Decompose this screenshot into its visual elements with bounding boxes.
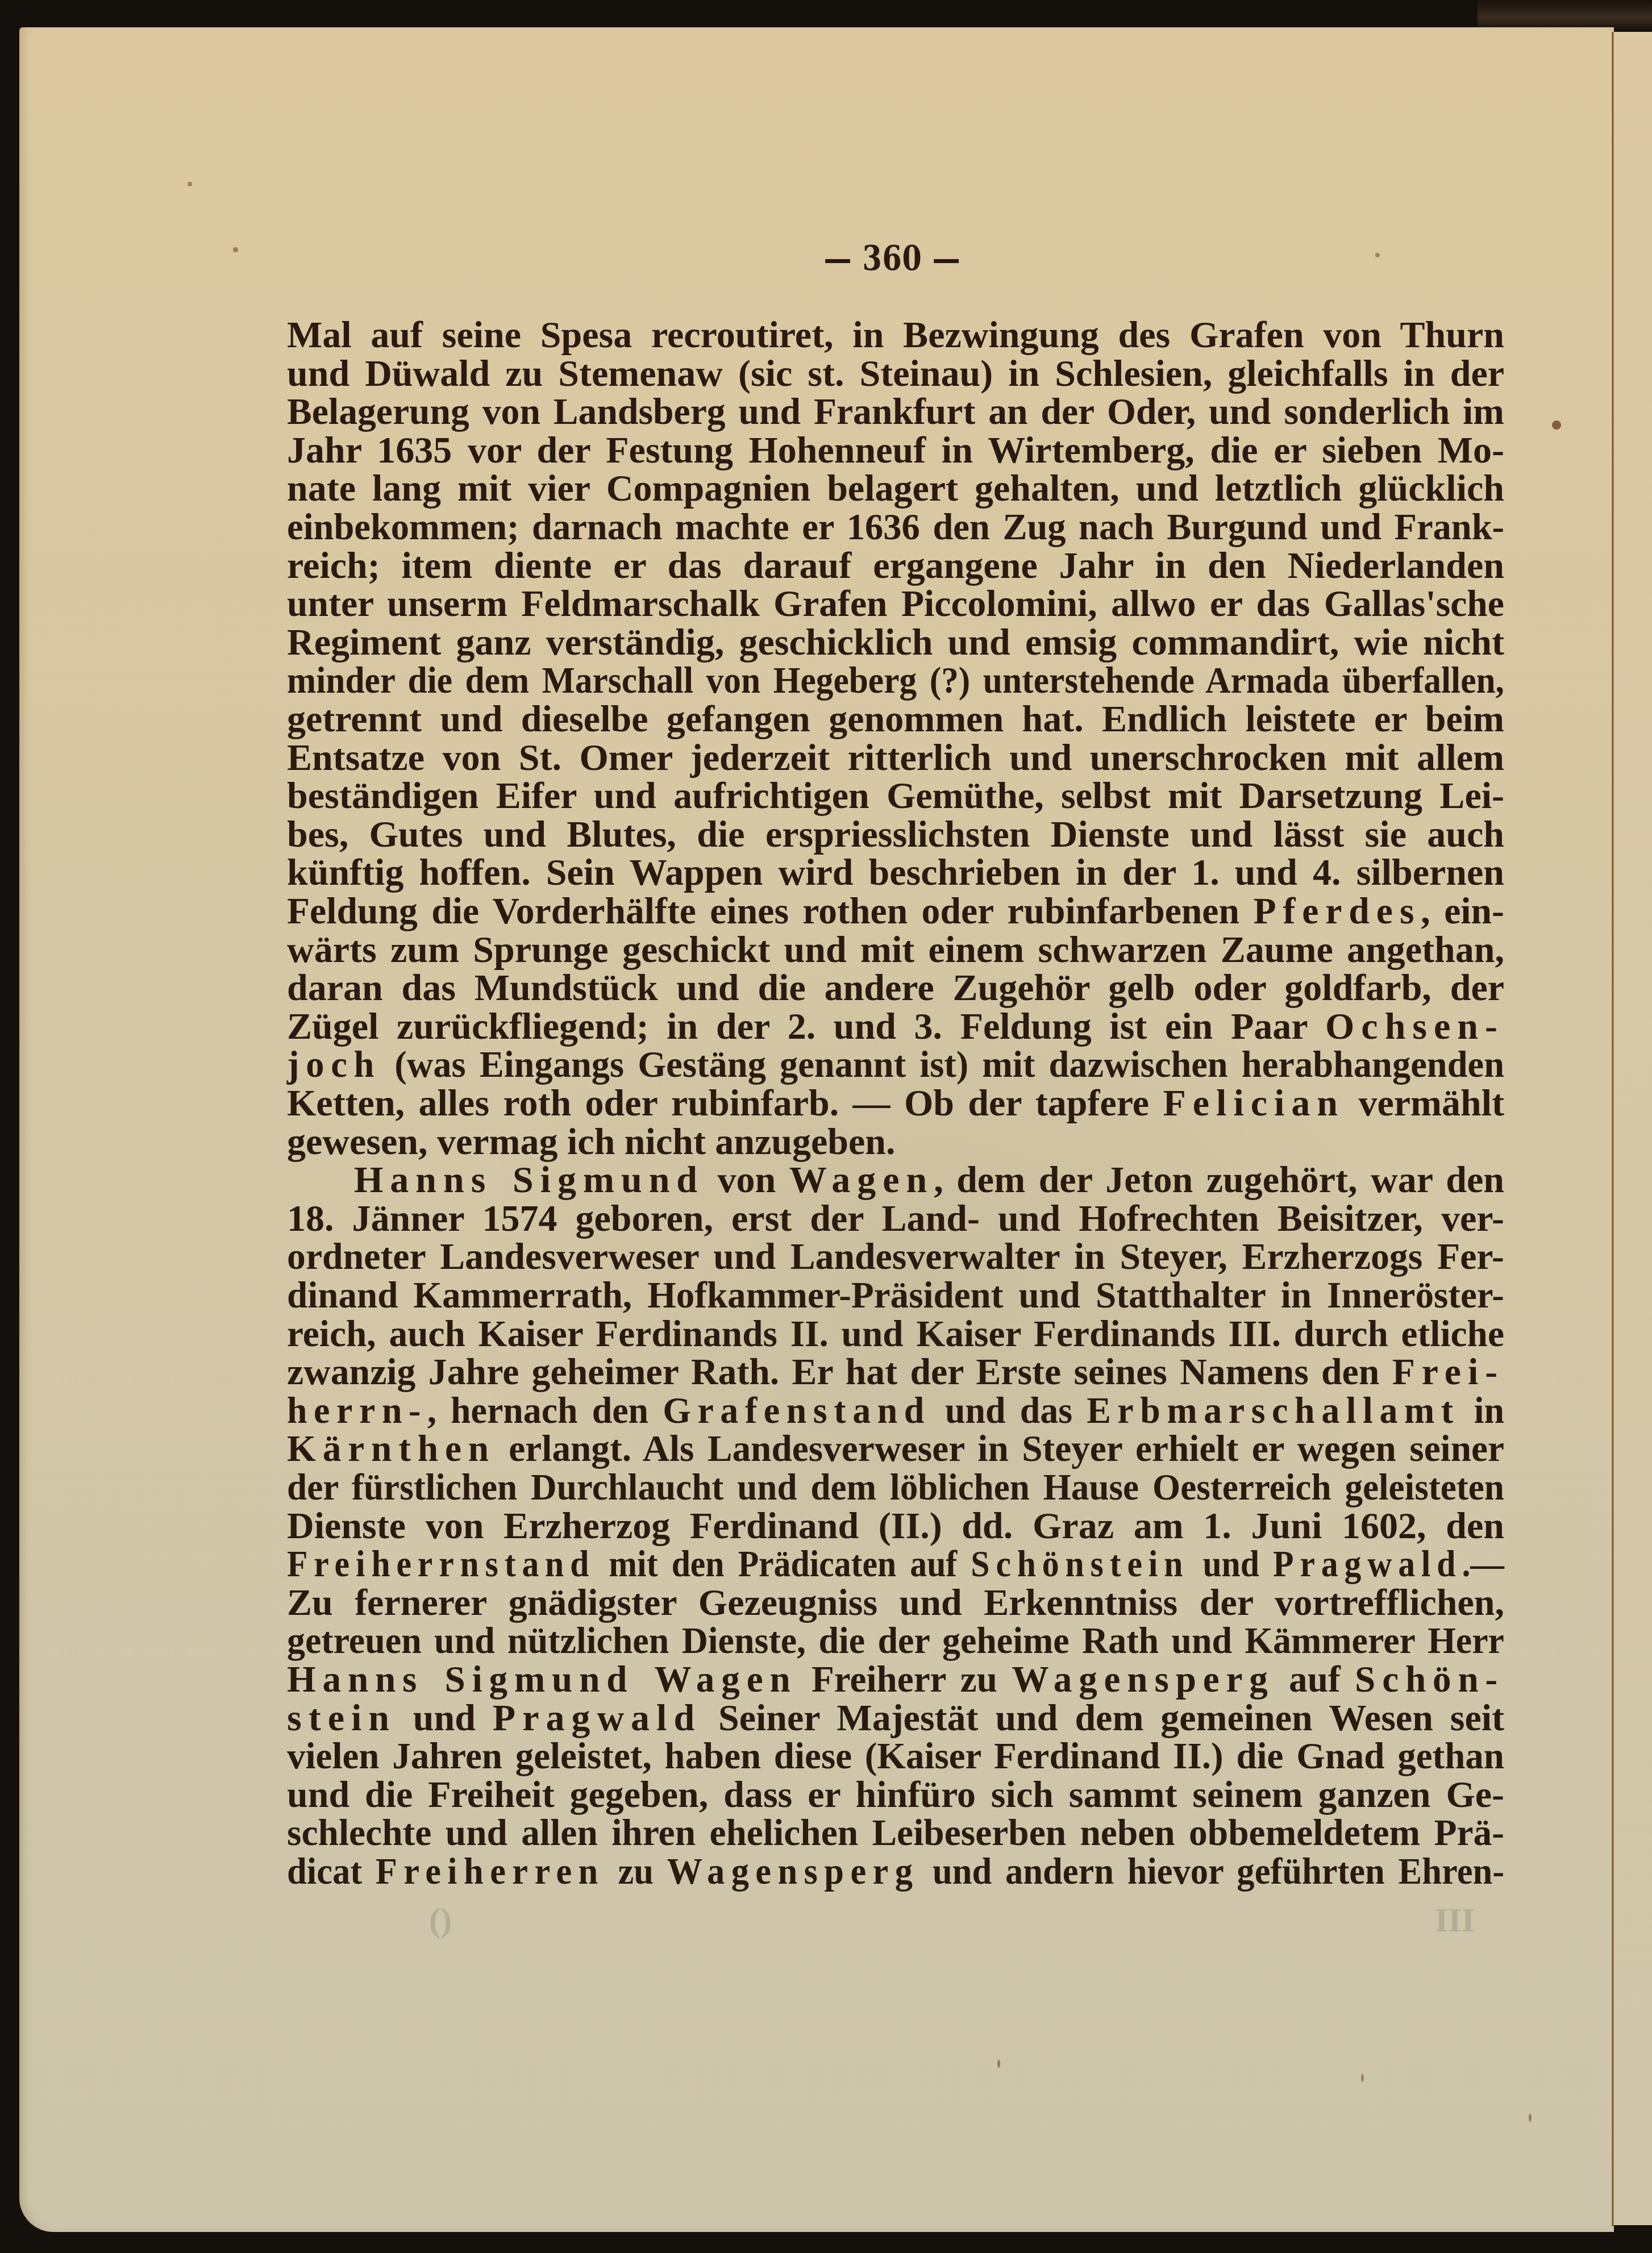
emphasized-text: Wagen xyxy=(789,1159,934,1201)
emphasized-text: Pragwald xyxy=(1273,1543,1462,1585)
text-segment: , dem der Jeton zugehört, war den xyxy=(934,1159,1504,1201)
page-edge-line xyxy=(1612,32,1614,2226)
text-segment: reich, auch Kaiser Ferdinands II. und Ka… xyxy=(287,1313,1504,1355)
text-line: einbekommen; darnach machte er 1636 den … xyxy=(287,508,1504,547)
text-segment: schlechte und allen ihren ehelichen Leib… xyxy=(287,1812,1504,1854)
text-line-content: getrennt und dieselbe gefangen genommen … xyxy=(287,700,1504,739)
text-line-content: Zügel zurückfliegend; in der 2. und 3. F… xyxy=(287,1007,1504,1046)
emphasized-text: Wagensperg xyxy=(1012,1659,1274,1700)
text-segment: vermählt xyxy=(1345,1082,1504,1124)
text-line-content: herrn-, hernach den Grafenstand und das … xyxy=(287,1392,1504,1430)
text-line: zwanzig Jahre geheimer Rath. Er hat der … xyxy=(287,1353,1504,1392)
adjacent-page-edge xyxy=(1614,32,1652,2225)
text-line: herrn-, hernach den Grafenstand und das … xyxy=(287,1392,1504,1430)
text-segment: gewesen, vermag ich nicht anzugeben. xyxy=(287,1121,896,1163)
text-segment: Zu fernerer gnädigster Gezeugniss und Er… xyxy=(287,1582,1504,1623)
text-segment: einbekommen; darnach machte er 1636 den … xyxy=(287,506,1504,548)
text-segment: .— xyxy=(1462,1543,1504,1585)
emphasized-text: stein xyxy=(287,1697,396,1739)
emphasized-text: Kärnthen xyxy=(287,1428,496,1469)
text-segment: von xyxy=(704,1159,789,1201)
text-segment: unter unserm Feldmarschalk Grafen Piccol… xyxy=(287,583,1504,624)
ink-spot xyxy=(1375,253,1380,257)
text-line-content: daran das Mundstück und die andere Zugeh… xyxy=(287,969,1504,1007)
emphasized-text: Ochsen- xyxy=(1325,1006,1504,1047)
text-line-content: getreuen und nützlichen Dienste, die der… xyxy=(287,1622,1504,1660)
emphasized-text: Felician xyxy=(1163,1082,1345,1124)
text-line: dinand Kammerrath, Hofkammer-Präsident u… xyxy=(287,1276,1504,1315)
text-segment: und xyxy=(1189,1543,1273,1585)
text-segment: Dienste von Erzherzog Ferdinand (II.) dd… xyxy=(287,1505,1504,1547)
text-segment: Entsatze von St. Omer jederzeit ritterli… xyxy=(287,737,1504,778)
text-line: Feldung die Vorderhälfte eines rothen od… xyxy=(287,892,1504,931)
text-line-content: unter unserm Feldmarschalk Grafen Piccol… xyxy=(287,585,1504,623)
text-segment: Mal auf seine Spesa recroutiret, in Bezw… xyxy=(287,314,1504,356)
text-segment: getrennt und dieselbe gefangen genommen … xyxy=(287,698,1504,740)
ink-spot xyxy=(1361,2074,1364,2082)
text-line-content: Zu fernerer gnädigster Gezeugniss und Er… xyxy=(287,1584,1504,1622)
text-segment: der fürstlichen Durchlaucht und dem löbl… xyxy=(287,1467,1504,1508)
text-line-content: dinand Kammerrath, Hofkammer-Präsident u… xyxy=(287,1276,1504,1315)
emphasized-text: Pferdes xyxy=(1253,890,1421,932)
text-line: minder die dem Marschall von Hegeberg (?… xyxy=(287,661,1504,700)
text-line: daran das Mundstück und die andere Zugeh… xyxy=(287,969,1504,1007)
text-segment: 18. Jänner 1574 geboren, erst der Land- … xyxy=(287,1198,1504,1239)
text-segment: auf xyxy=(1275,1659,1355,1700)
text-segment: beständigen Eifer und aufrichtigen Gemüt… xyxy=(287,775,1504,817)
text-line: nate lang mit vier Compagnien belagert g… xyxy=(287,469,1504,508)
text-segment: mit den Prädicaten auf xyxy=(595,1543,971,1585)
text-line: joch (was Eingangs Gestäng genannt ist) … xyxy=(287,1046,1504,1084)
text-line-content: reich, auch Kaiser Ferdinands II. und Ka… xyxy=(287,1315,1504,1354)
text-segment: und xyxy=(396,1697,493,1739)
ink-spot xyxy=(1552,420,1561,430)
text-line: bes, Gutes und Blutes, die erspriesslich… xyxy=(287,815,1504,854)
emphasized-text: Grafenstand xyxy=(663,1390,931,1431)
text-line-content: Hanns Sigmund von Wagen, dem der Jeton z… xyxy=(287,1161,1504,1200)
text-segment: reich; item diente er das darauf ergange… xyxy=(287,545,1504,586)
text-line-content: künftig hoffen. Sein Wappen wird beschri… xyxy=(287,853,1504,892)
text-segment: in xyxy=(1460,1390,1504,1431)
text-segment: Regiment ganz verständig, geschicklich u… xyxy=(287,622,1504,663)
emphasized-text: joch xyxy=(287,1044,381,1085)
text-line-content: und Düwald zu Stemenaw (sic st. Steinau)… xyxy=(287,355,1504,393)
text-segment: und andern hievor geführten Ehren- xyxy=(919,1851,1504,1892)
text-segment: zu xyxy=(605,1851,667,1892)
emphasized-text: Freiherren xyxy=(376,1851,605,1892)
text-segment: getreuen und nützlichen Dienste, die der… xyxy=(287,1620,1504,1661)
text-line: getrennt und dieselbe gefangen genommen … xyxy=(287,700,1504,739)
text-line: reich; item diente er das darauf ergange… xyxy=(287,547,1504,585)
text-line: Entsatze von St. Omer jederzeit ritterli… xyxy=(287,739,1504,777)
text-line: der fürstlichen Durchlaucht und dem löbl… xyxy=(287,1468,1504,1507)
emphasized-text: Schön- xyxy=(1355,1659,1504,1700)
text-segment: Freiherr zu xyxy=(797,1659,1012,1700)
text-line-content: Jahr 1635 vor der Festung Hohenneuf in W… xyxy=(287,431,1504,470)
text-line-content: Hanns Sigmund Wagen Freiherr zu Wagenspe… xyxy=(287,1660,1504,1699)
text-line: stein und Pragwald Seiner Majestät und d… xyxy=(287,1699,1504,1738)
emphasized-text: Frei- xyxy=(1392,1351,1504,1393)
ink-spot xyxy=(1529,2114,1532,2122)
text-line-content: dicat Freiherren zu Wagensperg und ander… xyxy=(287,1852,1504,1891)
text-line: Ketten, alles roth oder rubinfarb. — Ob … xyxy=(287,1084,1504,1123)
text-line: unter unserm Feldmarschalk Grafen Piccol… xyxy=(287,585,1504,623)
text-line-content: Feldung die Vorderhälfte eines rothen od… xyxy=(287,892,1504,931)
page-number: — 360 — xyxy=(780,239,1004,278)
text-segment: und das xyxy=(931,1390,1087,1431)
text-line: künftig hoffen. Sein Wappen wird beschri… xyxy=(287,853,1504,892)
text-line: reich, auch Kaiser Ferdinands II. und Ka… xyxy=(287,1315,1504,1354)
text-line-content: Belagerung von Landsberg und Frankfurt a… xyxy=(287,393,1504,431)
text-line: vielen Jahren geleistet, haben diese (Ka… xyxy=(287,1737,1504,1776)
text-line-content: bes, Gutes und Blutes, die erspriesslich… xyxy=(287,815,1504,854)
emphasized-text: Freiherrnstand xyxy=(287,1543,595,1585)
text-line-content: joch (was Eingangs Gestäng genannt ist) … xyxy=(287,1046,1504,1084)
text-line-content: minder die dem Marschall von Hegeberg (?… xyxy=(287,661,1504,700)
text-line: dicat Freiherren zu Wagensperg und ander… xyxy=(287,1852,1504,1891)
text-line-content: Dienste von Erzherzog Ferdinand (II.) dd… xyxy=(287,1507,1504,1546)
text-line: beständigen Eifer und aufrichtigen Gemüt… xyxy=(287,777,1504,815)
text-line: Hanns Sigmund von Wagen, dem der Jeton z… xyxy=(287,1161,1504,1200)
text-segment: vielen Jahren geleistet, haben diese (Ka… xyxy=(287,1735,1504,1777)
text-line: Mal auf seine Spesa recroutiret, in Bezw… xyxy=(287,316,1504,355)
text-line: und Düwald zu Stemenaw (sic st. Steinau)… xyxy=(287,355,1504,393)
text-line: Zügel zurückfliegend; in der 2. und 3. F… xyxy=(287,1007,1504,1046)
text-line: Freiherrnstand mit den Prädicaten auf Sc… xyxy=(287,1545,1504,1584)
text-line-content: reich; item diente er das darauf ergange… xyxy=(287,547,1504,585)
text-segment: und Düwald zu Stemenaw (sic st. Steinau)… xyxy=(287,353,1504,394)
text-line-content: Ketten, alles roth oder rubinfarb. — Ob … xyxy=(287,1084,1504,1123)
text-segment: Ketten, alles roth oder rubinfarb. — Ob … xyxy=(287,1082,1163,1124)
text-line-content: Regiment ganz verständig, geschicklich u… xyxy=(287,623,1504,662)
ink-spot xyxy=(997,2060,1000,2068)
text-line: wärts zum Sprunge geschickt und mit eine… xyxy=(287,931,1504,969)
text-line-content: Kärnthen erlangt. Als Landesverweser in … xyxy=(287,1430,1504,1468)
text-segment: bes, Gutes und Blutes, die erspriesslich… xyxy=(287,814,1504,855)
text-line-content: Freiherrnstand mit den Prädicaten auf Sc… xyxy=(287,1545,1504,1584)
text-segment: und die Freiheit gegeben, dass er hinfür… xyxy=(287,1774,1504,1815)
scan-canvas: () III — 360 — Mal auf seine Spesa recro… xyxy=(0,0,1652,2253)
text-line-content: gewesen, vermag ich nicht anzugeben. xyxy=(287,1123,1504,1161)
text-segment: Feldung die Vorderhälfte eines rothen od… xyxy=(287,890,1253,932)
text-line: ordneter Landesverweser und Landesverwal… xyxy=(287,1238,1504,1276)
text-segment: , hernach den xyxy=(427,1390,663,1431)
text-line-content: und die Freiheit gegeben, dass er hinfür… xyxy=(287,1776,1504,1814)
text-segment: dinand Kammerrath, Hofkammer-Präsident u… xyxy=(287,1275,1504,1316)
text-segment: erlangt. Als Landesverweser in Steyer er… xyxy=(496,1428,1504,1469)
text-segment: nate lang mit vier Compagnien belagert g… xyxy=(287,468,1504,509)
binding-edge xyxy=(1478,0,1652,30)
text-line-content: 18. Jänner 1574 geboren, erst der Land- … xyxy=(287,1200,1504,1238)
bleed-through-mark: () xyxy=(429,1901,452,1940)
text-segment: Seiner Majestät und dem gemeinen Wesen s… xyxy=(701,1697,1504,1739)
text-line: Belagerung von Landsberg und Frankfurt a… xyxy=(287,393,1504,431)
text-line: getreuen und nützlichen Dienste, die der… xyxy=(287,1622,1504,1660)
text-segment: wärts zum Sprunge geschickt und mit eine… xyxy=(287,929,1504,971)
text-line-content: der fürstlichen Durchlaucht und dem löbl… xyxy=(287,1468,1504,1507)
text-segment: Zügel zurückfliegend; in der 2. und 3. F… xyxy=(287,1006,1325,1047)
ink-spot xyxy=(233,247,238,252)
text-segment: dicat xyxy=(287,1851,376,1892)
ink-spot xyxy=(188,182,192,186)
text-line: Zu fernerer gnädigster Gezeugniss und Er… xyxy=(287,1584,1504,1622)
text-line-content: zwanzig Jahre geheimer Rath. Er hat der … xyxy=(287,1353,1504,1392)
text-line-content: stein und Pragwald Seiner Majestät und d… xyxy=(287,1699,1504,1738)
text-line-content: ordneter Landesverweser und Landesverwal… xyxy=(287,1238,1504,1276)
text-line-content: beständigen Eifer und aufrichtigen Gemüt… xyxy=(287,777,1504,815)
emphasized-text: herrn- xyxy=(287,1390,427,1431)
text-line: schlechte und allen ihren ehelichen Leib… xyxy=(287,1814,1504,1852)
emphasized-text: Hanns Sigmund xyxy=(354,1159,704,1201)
text-segment: Jahr 1635 vor der Festung Hohenneuf in W… xyxy=(287,430,1504,471)
text-line: Jahr 1635 vor der Festung Hohenneuf in W… xyxy=(287,431,1504,470)
text-line: Dienste von Erzherzog Ferdinand (II.) dd… xyxy=(287,1507,1504,1546)
text-segment: ordneter Landesverweser und Landesverwal… xyxy=(287,1236,1504,1277)
text-line: und die Freiheit gegeben, dass er hinfür… xyxy=(287,1776,1504,1814)
emphasized-text: Hanns Sigmund Wagen xyxy=(287,1659,797,1700)
text-segment: (was Eingangs Gestäng genannt ist) mit d… xyxy=(381,1044,1504,1085)
text-segment: minder die dem Marschall von Hegeberg (?… xyxy=(287,660,1504,701)
text-line-content: Entsatze von St. Omer jederzeit ritterli… xyxy=(287,739,1504,777)
emphasized-text: Pragwald xyxy=(493,1697,701,1739)
text-line-content: einbekommen; darnach machte er 1636 den … xyxy=(287,508,1504,547)
text-line: Regiment ganz verständig, geschicklich u… xyxy=(287,623,1504,662)
emphasized-text: Wagensperg xyxy=(667,1851,919,1892)
emphasized-text: Erbmarschallamt xyxy=(1087,1390,1459,1431)
text-line-content: schlechte und allen ihren ehelichen Leib… xyxy=(287,1814,1504,1852)
text-segment: künftig hoffen. Sein Wappen wird beschri… xyxy=(287,852,1504,893)
bleed-through-mark: III xyxy=(1435,1901,1475,1940)
text-segment: Belagerung von Landsberg und Frankfurt a… xyxy=(287,391,1504,432)
text-line: Kärnthen erlangt. Als Landesverweser in … xyxy=(287,1430,1504,1468)
text-line: 18. Jänner 1574 geboren, erst der Land- … xyxy=(287,1200,1504,1238)
text-line: Hanns Sigmund Wagen Freiherr zu Wagenspe… xyxy=(287,1660,1504,1699)
text-line-content: Mal auf seine Spesa recroutiret, in Bezw… xyxy=(287,316,1504,355)
text-line-content: nate lang mit vier Compagnien belagert g… xyxy=(287,469,1504,508)
text-line-content: vielen Jahren geleistet, haben diese (Ka… xyxy=(287,1737,1504,1776)
emphasized-text: Schönstein xyxy=(971,1543,1189,1585)
text-line-content: wärts zum Sprunge geschickt und mit eine… xyxy=(287,931,1504,969)
text-segment: daran das Mundstück und die andere Zugeh… xyxy=(287,967,1504,1009)
text-line: gewesen, vermag ich nicht anzugeben. xyxy=(287,1123,1504,1161)
text-segment: zwanzig Jahre geheimer Rath. Er hat der … xyxy=(287,1351,1392,1393)
text-segment: , ein- xyxy=(1421,890,1504,932)
